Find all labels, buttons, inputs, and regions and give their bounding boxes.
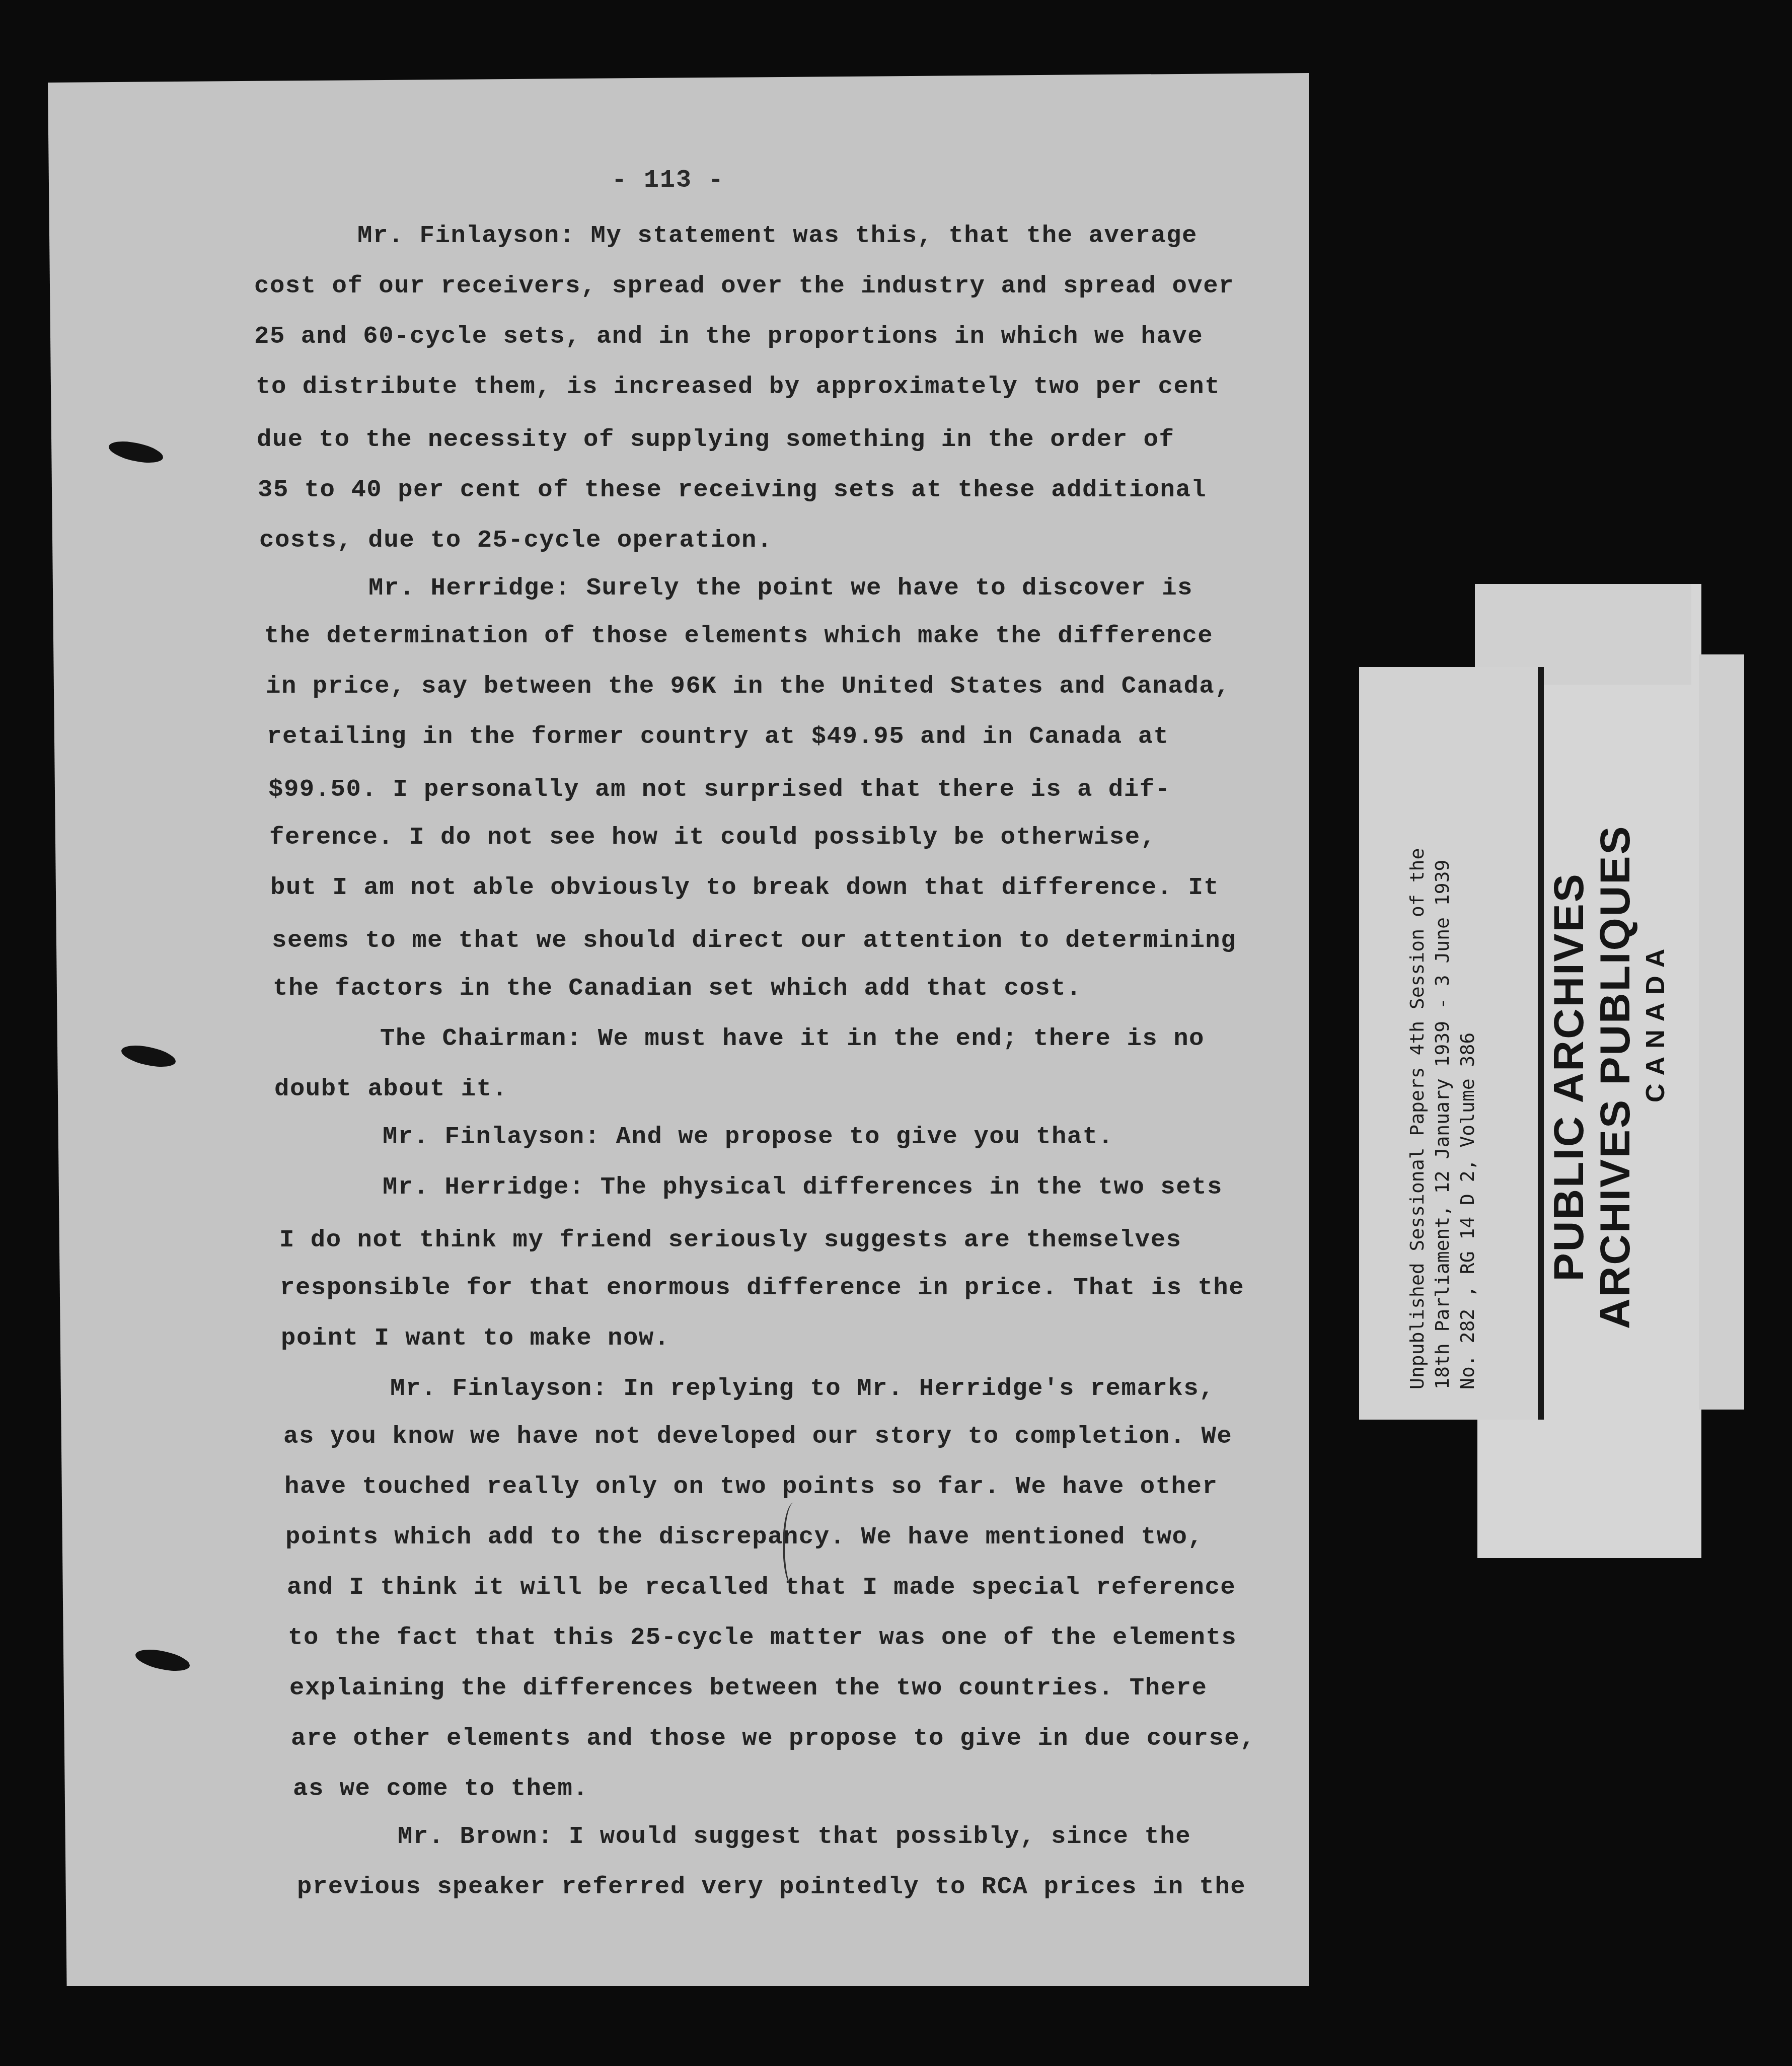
archive-stamp-card-edge bbox=[1699, 654, 1744, 1410]
text-line: 35 to 40 per cent of these receiving set… bbox=[258, 476, 1207, 504]
text-line: previous speaker referred very pointedly… bbox=[297, 1873, 1246, 1901]
text-line: responsible for that enormous difference… bbox=[280, 1274, 1244, 1302]
text-line: to the fact that this 25-cycle matter wa… bbox=[288, 1624, 1237, 1652]
text-line: costs, due to 25-cycle operation. bbox=[259, 526, 773, 554]
text-line: $99.50. I personally am not surprised th… bbox=[268, 775, 1170, 803]
text-line: the determination of those elements whic… bbox=[264, 622, 1213, 650]
text-line: doubt about it. bbox=[274, 1075, 508, 1103]
text-line: Mr. Finlayson: And we propose to give yo… bbox=[383, 1123, 1114, 1151]
text-line: point I want to make now. bbox=[281, 1324, 670, 1352]
stamp-line-country: CANADA bbox=[1638, 825, 1673, 1329]
text-line: Mr. Herridge: The physical differences i… bbox=[383, 1173, 1223, 1201]
stamp-line-english: PUBLIC ARCHIVES bbox=[1545, 825, 1592, 1329]
text-line: points which add to the discrepancy. We … bbox=[285, 1523, 1203, 1551]
citation-line: 18th Parliament, 12 January 1939 - 3 Jun… bbox=[1430, 848, 1455, 1389]
text-line: the factors in the Canadian set which ad… bbox=[273, 974, 1082, 1002]
text-line: as we come to them. bbox=[293, 1775, 588, 1803]
text-line: but I am not able obviously to break dow… bbox=[270, 873, 1219, 902]
text-line: have touched really only on two points s… bbox=[284, 1472, 1218, 1501]
citation-line: Unpublished Sessional Papers 4th Session… bbox=[1404, 848, 1430, 1389]
citation-line: No. 282 , RG 14 D 2, Volume 386 bbox=[1455, 848, 1480, 1389]
handwritten-bracket-mark bbox=[783, 1503, 805, 1588]
text-line: Mr. Brown: I would suggest that possibly… bbox=[398, 1822, 1191, 1851]
text-line: due to the necessity of supplying someth… bbox=[257, 425, 1174, 454]
text-line: and I think it will be recalled that I m… bbox=[287, 1573, 1236, 1601]
text-line: retailing in the former country at $49.9… bbox=[267, 722, 1169, 751]
text-line: The Chairman: We must have it in the end… bbox=[380, 1024, 1205, 1053]
text-line: Mr. Finlayson: My statement was this, th… bbox=[357, 222, 1198, 250]
text-line: ference. I do not see how it could possi… bbox=[269, 823, 1156, 851]
text-line: I do not think my friend seriously sugge… bbox=[279, 1226, 1181, 1254]
text-line: seems to me that we should direct our at… bbox=[272, 926, 1236, 954]
text-line: Mr. Finlayson: In replying to Mr. Herrid… bbox=[390, 1374, 1215, 1403]
text-line: 25 and 60-cycle sets, and in the proport… bbox=[254, 322, 1203, 350]
page-number: - 113 - bbox=[612, 166, 724, 195]
text-line: are other elements and those we propose … bbox=[291, 1724, 1255, 1752]
text-line: Mr. Herridge: Surely the point we have t… bbox=[368, 574, 1193, 602]
text-line: as you know we have not developed our st… bbox=[283, 1422, 1232, 1450]
text-line: to distribute them, is increased by appr… bbox=[256, 373, 1220, 401]
text-line: explaining the differences between the t… bbox=[289, 1674, 1207, 1702]
public-archives-stamp: PUBLIC ARCHIVES ARCHIVES PUBLIQUES CANAD… bbox=[1545, 825, 1673, 1329]
stamp-line-french: ARCHIVES PUBLIQUES bbox=[1592, 825, 1638, 1329]
citation-text: Unpublished Sessional Papers 4th Session… bbox=[1404, 848, 1480, 1389]
text-line: cost of our receivers, spread over the i… bbox=[254, 272, 1234, 300]
text-line: in price, say between the 96K in the Uni… bbox=[266, 672, 1230, 700]
